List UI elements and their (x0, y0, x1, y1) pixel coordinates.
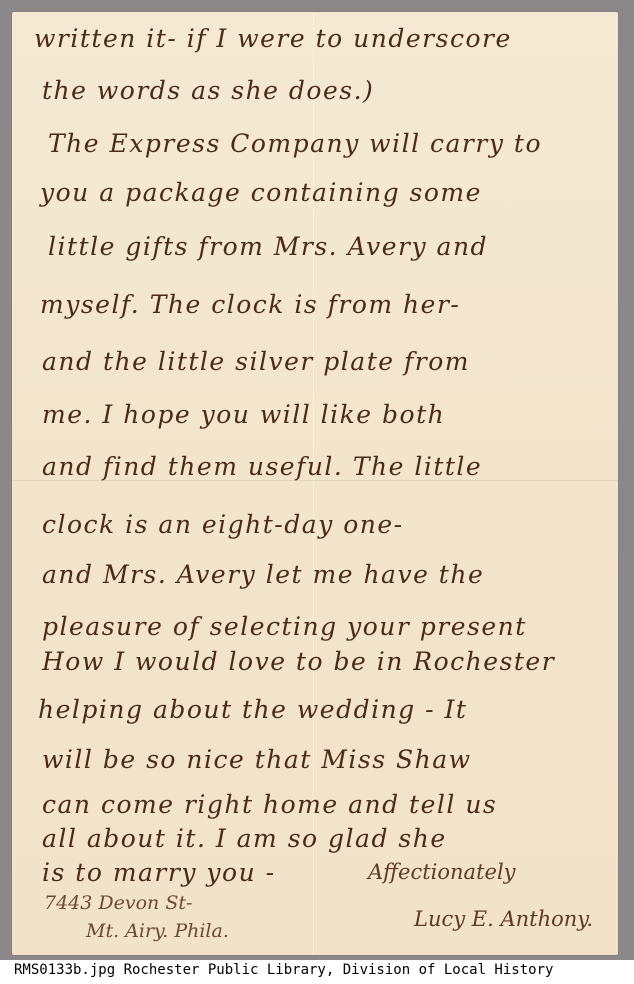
letter-line: myself. The clock is from her- (40, 290, 618, 319)
letter-line: will be so nice that Miss Shaw (42, 745, 618, 774)
letter-line: and the little silver plate from (42, 347, 618, 376)
letter-line: The Express Company will carry to (48, 129, 618, 158)
address-city: Mt. Airy. Phila. (86, 920, 229, 942)
closing-salutation: Affectionately (368, 860, 516, 884)
letter-line: pleasure of selecting your present (42, 612, 618, 641)
letter-line: me. I hope you will like both (42, 400, 618, 429)
letter-line: clock is an eight-day one- (42, 510, 618, 539)
letter-line: the words as she does.) (42, 76, 618, 105)
letter-line: written it- if I were to underscore (34, 24, 618, 53)
letter-line: little gifts from Mrs. Avery and (48, 232, 618, 261)
letter-line: is to marry you - (42, 858, 618, 887)
letter-line: helping about the wedding - It (38, 695, 618, 724)
image-caption: RMS0133b.jpg Rochester Public Library, D… (14, 962, 553, 978)
address-street: 7443 Devon St- (44, 892, 192, 914)
letter-line: all about it. I am so glad she (42, 824, 618, 853)
letter-line: and Mrs. Avery let me have the (42, 560, 618, 589)
letter-line: and find them useful. The little (42, 452, 618, 481)
letter-page: written it- if I were to underscore the … (12, 12, 618, 955)
letter-line: How I would love to be in Rochester (42, 647, 618, 676)
signature: Lucy E. Anthony. (414, 907, 593, 931)
letter-line: you a package containing some (40, 178, 618, 207)
letter-line: can come right home and tell us (42, 790, 618, 819)
